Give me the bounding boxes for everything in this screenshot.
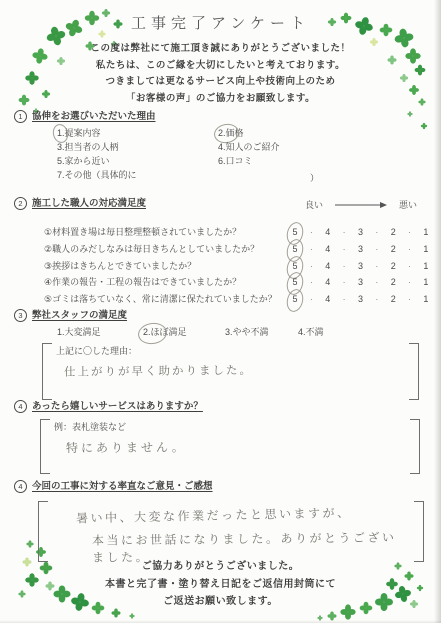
rating-question-label: ①材料置き場は毎日整理整頓されていましたか？ (44, 227, 241, 238)
footer-line: ご協力ありがとうございました。 (0, 558, 441, 576)
arrow-good-to-bad-icon (335, 201, 387, 209)
scanned-survey-page: 工事完了アンケート この度は弊社にて施工頂き誠にありがとうございました！ 私たち… (0, 0, 441, 623)
scale-separator-dot: · (408, 261, 411, 272)
section-title: 施工した職人の対応満足度 (32, 198, 146, 210)
rating-scale: 5·4·3·2·1 (291, 294, 430, 305)
scale-value: 3 (356, 244, 364, 255)
scale-separator-dot: · (408, 227, 411, 238)
footer-thanks-text: ご協力ありがとうございました。 本書と完了書・塗り替え日記をご返信用封筒にて ご… (0, 558, 441, 611)
staff-satisfaction-option-label: 4.不満 (298, 327, 324, 337)
scale-value: 5 (291, 227, 299, 238)
worker-rating-row: ④作業の報告・工程の報告はできていましたか？ 5·4·3·2·1 (14, 277, 433, 288)
staff-satisfaction-option: 3.やや不満 (225, 327, 298, 338)
choice-option-label: 2.価格 (218, 128, 244, 138)
choice-option: 6.口コミ (218, 156, 433, 166)
staff-satisfaction-option: 2.ほぼ満足 (143, 327, 225, 338)
intro-text: この度は弊社にて施工頂き誠にありがとうございました！ 私たちは、このご縁を大切に… (0, 41, 441, 107)
section-heading: 3 弊社スタッフの満足度 (14, 309, 433, 322)
scale-bad-label: 悪い (399, 198, 417, 211)
scale-value: 2 (389, 244, 397, 255)
footer-line: ご返送お願い致します。 (0, 593, 441, 611)
scale-separator-dot: · (343, 277, 346, 288)
scale-value: 4 (324, 277, 332, 288)
handwritten-comment-line: 暑い中、大変な作業だったと思いますが、 (76, 503, 410, 527)
section-heading: 4 あったら嬉しいサービスはありますか？ (14, 400, 433, 413)
scale-value: 4 (324, 244, 332, 255)
choice-option: 1.提案内容 (57, 128, 218, 138)
section-number-icon: 4 (14, 400, 27, 413)
handwritten-circle-mark (284, 237, 305, 263)
scale-separator-dot: · (408, 277, 411, 288)
other-option-close-paren: ） (310, 171, 319, 184)
scale-value: 3 (356, 261, 364, 272)
choice-option-label: 3.担当者の人柄 (57, 142, 119, 152)
scale-value: 3 (356, 277, 364, 288)
scale-value: 1 (422, 244, 430, 255)
scale-separator-dot: · (310, 261, 313, 272)
rating-row-list: ①材料置き場は毎日整理整頓されていましたか？ 5·4·3·2·1 ②職人のみだし… (14, 227, 433, 305)
section-title: 今回の工事に対する率直なご意見・ご感想 (32, 481, 213, 493)
service-answer-box: 例：表札塗装など 特にありません。 (40, 419, 420, 474)
worker-rating-row: ①材料置き場は毎日整理整頓されていましたか？ 5·4·3·2·1 (14, 227, 433, 238)
intro-line: つきましては更なるサービス向上や技術向上のため (0, 74, 441, 91)
scale-separator-dot: · (376, 294, 379, 305)
choice-option-list: 1.提案内容 2.価格 3.担当者の人柄 4.知人のご紹介 5.家から近い 6.… (57, 128, 433, 180)
rating-scale: 5·4·3·2·1 (291, 261, 430, 272)
scale-value: 4 (324, 261, 332, 272)
scale-separator-dot: · (310, 277, 313, 288)
scale-value: 4 (324, 227, 332, 238)
section-number-icon: 4 (14, 480, 27, 493)
worker-rating-row: ⑤ゴミは落ちていなく、常に清潔に保たれていましたか？ 5·4·3·2·1 (14, 294, 433, 305)
section-heading: 1 協伸をお選びいただいた理由 (14, 110, 433, 123)
scale-separator-dot: · (376, 277, 379, 288)
rating-scale: 5·4·3·2·1 (291, 227, 430, 238)
choice-option-label: 6.口コミ (218, 156, 253, 166)
scale-separator-dot: · (310, 294, 313, 305)
staff-satisfaction-option-label: 2.ほぼ満足 (143, 327, 187, 337)
handwritten-answer: 特にありません。 (66, 437, 406, 456)
intro-line: 私たちは、このご縁を大切にしたいと考えております。 (0, 58, 441, 75)
choice-option-label: 4.知人のご紹介 (218, 142, 280, 152)
scale-value: 1 (422, 277, 430, 288)
choice-option: 3.担当者の人柄 (57, 142, 218, 152)
handwritten-circle-mark (284, 254, 305, 280)
scale-separator-dot: · (343, 244, 346, 255)
scale-value: 1 (422, 227, 430, 238)
page-title: 工事完了アンケート (0, 12, 441, 33)
scale-value: 2 (389, 277, 397, 288)
worker-rating-row: ②職人のみだしなみは毎日きちんとしていましたか？ 5·4·3·2·1 (14, 244, 433, 255)
scale-value: 1 (422, 261, 430, 272)
reason-label: 上記に〇した理由： (56, 346, 405, 357)
rating-question-label: ③挨拶はきちんとできていましたか？ (44, 261, 196, 272)
rating-scale-legend: 良い 悪い (305, 198, 417, 211)
section-number-icon: 3 (14, 309, 27, 322)
reason-answer-box: 上記に〇した理由： 仕上がりが早く助かりました。 (42, 343, 419, 400)
section-number-icon: 1 (14, 110, 27, 123)
worker-rating-row: ③挨拶はきちんとできていましたか？ 5·4·3·2·1 (14, 261, 433, 272)
scale-value: 3 (356, 294, 364, 305)
scale-separator-dot: · (310, 244, 313, 255)
scale-separator-dot: · (376, 244, 379, 255)
staff-satisfaction-option-label: 3.やや不満 (225, 327, 269, 337)
choice-option: 5.家から近い (57, 156, 218, 166)
footer-line: 本書と完了書・塗り替え日記をご返信用封筒にて (0, 576, 441, 594)
scale-separator-dot: · (376, 261, 379, 272)
section-title: 弊社スタッフの満足度 (32, 310, 127, 322)
scale-separator-dot: · (343, 294, 346, 305)
rating-question-label: ⑤ゴミは落ちていなく、常に清潔に保たれていましたか？ (44, 294, 277, 305)
rating-scale: 5·4·3·2·1 (291, 277, 430, 288)
rating-question-label: ②職人のみだしなみは毎日きちんとしていましたか？ (44, 244, 259, 255)
section-worker-satisfaction: 2 施工した職人の対応満足度 良い 悪い ①材料置き場は毎日整理整頓されていまし… (14, 197, 433, 311)
section-reason-for-choosing: 1 協伸をお選びいただいた理由 1.提案内容 2.価格 3.担当者の人柄 4.知… (14, 110, 433, 180)
scale-separator-dot: · (343, 261, 346, 272)
scale-value: 1 (422, 294, 430, 305)
scale-value: 2 (389, 294, 397, 305)
section-number-icon: 2 (14, 197, 27, 210)
scale-value: 2 (389, 227, 397, 238)
intro-line: 「お客様の声」のご協力をお願致します。 (0, 91, 441, 108)
handwritten-circle-mark (284, 220, 305, 246)
scale-value: 5 (291, 244, 299, 255)
scale-value: 5 (291, 261, 299, 272)
scale-value: 4 (324, 294, 332, 305)
choice-option-label: 1.提案内容 (57, 128, 101, 138)
choice-option: 2.価格 (218, 128, 433, 138)
scale-value: 5 (291, 294, 299, 305)
choice-option-label: 7.その他（具体的に (57, 170, 137, 180)
comment-answer-box: 暑い中、大変な作業だったと思いますが、 本当にお世話になりました。ありがとうござ… (38, 501, 424, 562)
example-label: 例：表札塗装など (54, 422, 406, 433)
scale-separator-dot: · (376, 227, 379, 238)
section-title: 協伸をお選びいただいた理由 (32, 111, 156, 123)
scale-value: 3 (356, 227, 364, 238)
intro-line: この度は弊社にて施工頂き誠にありがとうございました！ (0, 41, 441, 58)
scale-value: 5 (291, 277, 299, 288)
section-desired-services: 4 あったら嬉しいサービスはありますか？ 例：表札塗装など 特にありません。 (14, 400, 433, 474)
section-staff-satisfaction: 3 弊社スタッフの満足度 1.大変満足 2.ほぼ満足 3.やや不満 4.不満 上… (14, 309, 433, 400)
choice-option: 4.知人のご紹介 (218, 142, 433, 152)
section-heading: 4 今回の工事に対する率直なご意見・ご感想 (14, 480, 433, 493)
choice-option-label: 5.家から近い (57, 156, 110, 166)
section-free-comments: 4 今回の工事に対する率直なご意見・ご感想 暑い中、大変な作業だったと思いますが… (14, 480, 433, 562)
staff-satisfaction-option-label: 1.大変満足 (57, 327, 101, 337)
scale-good-label: 良い (305, 198, 323, 211)
handwritten-reason: 仕上がりが早く助かりました。 (64, 360, 405, 380)
handwritten-circle-mark (284, 271, 305, 297)
scale-separator-dot: · (408, 244, 411, 255)
rating-scale: 5·4·3·2·1 (291, 244, 430, 255)
scale-value: 2 (389, 261, 397, 272)
scale-separator-dot: · (343, 227, 346, 238)
scale-separator-dot: · (310, 227, 313, 238)
section-title: あったら嬉しいサービスはありますか？ (32, 401, 203, 413)
staff-satisfaction-option: 4.不満 (298, 327, 324, 338)
scale-separator-dot: · (408, 294, 411, 305)
rating-question-label: ④作業の報告・工程の報告はできていましたか？ (44, 277, 241, 288)
staff-satisfaction-option: 1.大変満足 (57, 327, 143, 338)
choice-option: 7.その他（具体的に (57, 170, 218, 180)
staff-satisfaction-option-list: 1.大変満足 2.ほぼ満足 3.やや不満 4.不満 (57, 327, 433, 338)
